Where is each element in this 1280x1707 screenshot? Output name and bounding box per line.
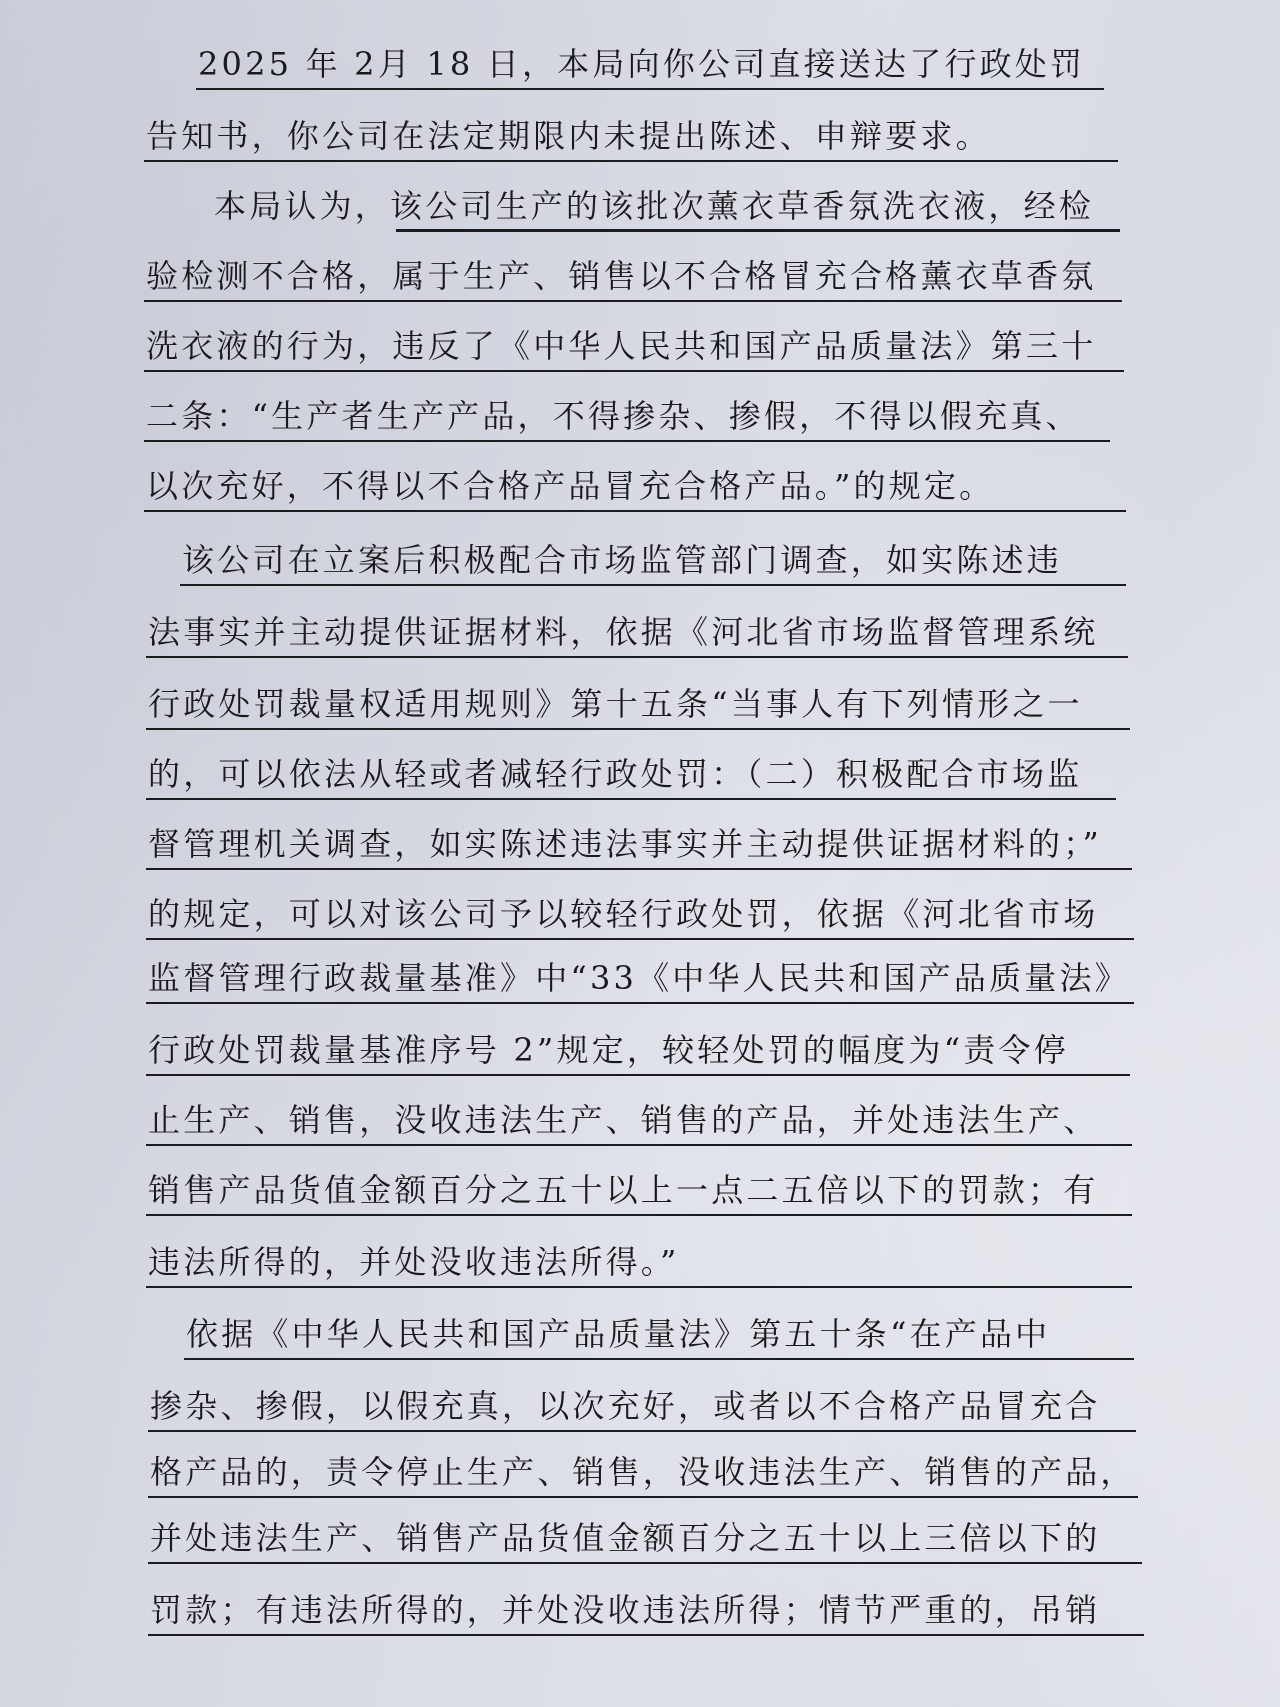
p2-line-4: 二条：“生产者生产产品，不得掺杂、掺假，不得以假充真、: [144, 396, 1110, 442]
p3-line-4: 的，可以依法从轻或者减轻行政处罚：（二）积极配合市场监: [146, 754, 1116, 800]
p2-line-3: 洗衣液的行为，违反了《中华人民共和国产品质量法》第三十: [144, 326, 1124, 372]
p2-line-2: 验检测不合格，属于生产、销售以不合格冒充合格薰衣草香氛: [144, 256, 1122, 302]
p1-line-2: 告知书，你公司在法定期限内未提出陈述、申辩要求。: [144, 116, 1118, 162]
p4-line-3: 格产品的，责令停止生产、销售，没收违法生产、销售的产品，: [148, 1452, 1138, 1498]
p4-line-2: 掺杂、掺假，以假充真，以次充好，或者以不合格产品冒充合: [148, 1386, 1136, 1432]
p3-line-6: 的规定，可以对该公司予以较轻行政处罚，依据《河北省市场: [146, 894, 1134, 940]
p3-line-11: 违法所得的，并处没收违法所得。”: [146, 1242, 1132, 1288]
p3-line-9: 止生产、销售，没收违法生产、销售的产品，并处违法生产、: [146, 1100, 1132, 1146]
p3-line-3: 行政处罚裁量权适用规则》第十五条“当事人有下列情形之一: [146, 684, 1130, 730]
penalty-decision-document: 2025 年 2月 18 日，本局向你公司直接送达了行政处罚 告知书，你公司在法…: [0, 0, 1280, 1707]
p2-line-5: 以次充好，不得以不合格产品冒充合格产品。”的规定。: [144, 466, 1126, 512]
p3-line-7: 监督管理行政裁量基准》中“33《中华人民共和国产品质量法》: [146, 958, 1134, 1004]
p2-line-1-text: 本局认为，该公司生产的该批次薰衣草香氛洗衣液，经检: [214, 187, 1094, 225]
p4-line-1: 依据《中华人民共和国产品质量法》第五十条“在产品中: [184, 1314, 1134, 1360]
p3-line-8: 行政处罚裁量基准序号 2”规定，较轻处罚的幅度为“责令停: [146, 1030, 1130, 1076]
p2-line-1-underline: [396, 229, 1120, 232]
p1-line-1: 2025 年 2月 18 日，本局向你公司直接送达了行政处罚: [196, 44, 1104, 90]
p3-line-5: 督管理机关调查，如实陈述违法事实并主动提供证据材料的；”: [146, 824, 1132, 870]
p4-line-4: 并处违法生产、销售产品货值金额百分之五十以上三倍以下的: [148, 1518, 1142, 1564]
p3-line-1: 该公司在立案后积极配合市场监管部门调查，如实陈述违: [180, 540, 1126, 586]
p4-line-5: 罚款；有违法所得的，并处没收违法所得；情节严重的，吊销: [148, 1590, 1144, 1636]
p3-line-10: 销售产品货值金额百分之五十以上一点二五倍以下的罚款；有: [146, 1170, 1132, 1216]
p2-line-1: 本局认为，该公司生产的该批次薰衣草香氛洗衣液，经检: [212, 186, 1122, 232]
p3-line-2: 法事实并主动提供证据材料，依据《河北省市场监督管理系统: [146, 612, 1128, 658]
